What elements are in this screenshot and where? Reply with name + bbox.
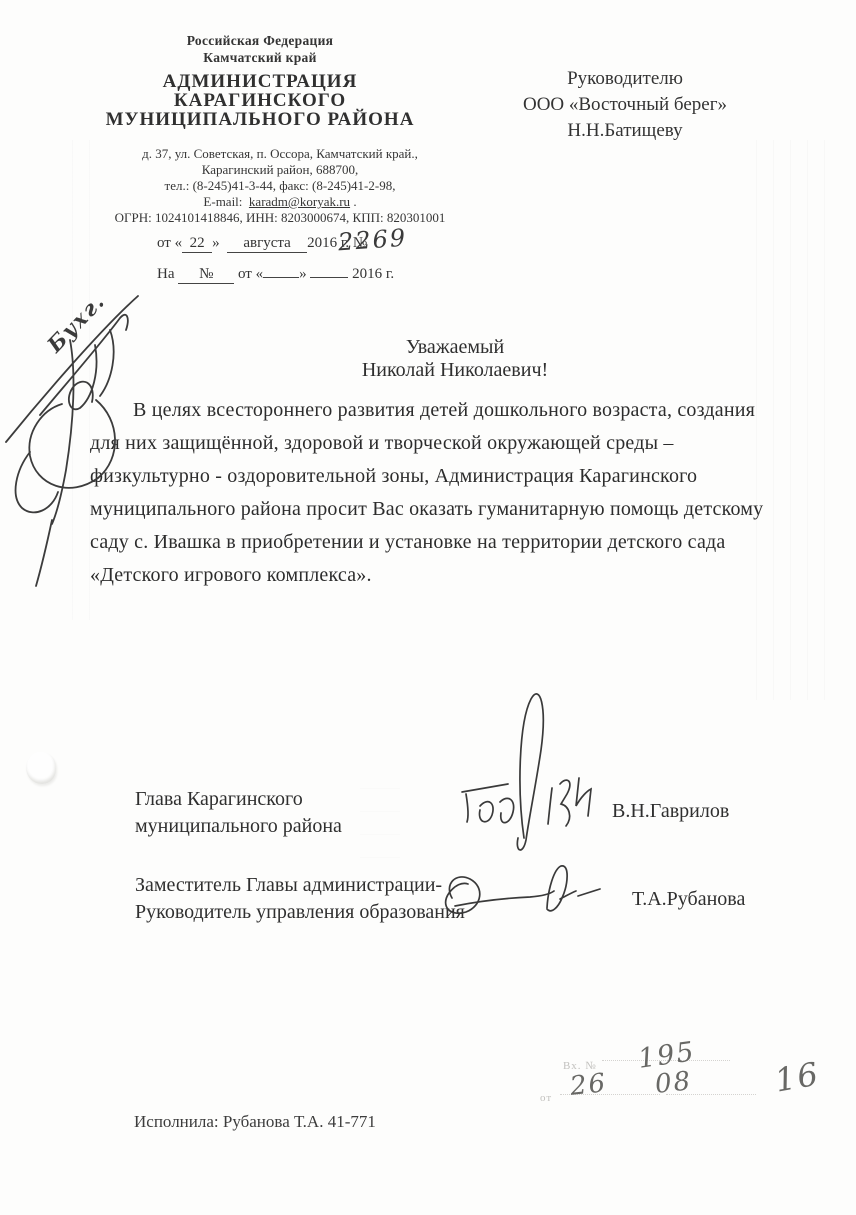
- handwritten-margin-note: Бухг.: [42, 288, 110, 357]
- date-number-line: от «22» августа2016 г. №: [157, 235, 367, 253]
- ref-quote-close: »: [299, 266, 307, 282]
- signer1-title-line1: Глава Карагинского: [135, 786, 303, 813]
- letterhead-country: Российская Федерация: [100, 33, 420, 49]
- ref-number-blank: №: [178, 266, 234, 284]
- stamp-date-day-handwritten: 26: [569, 1068, 609, 1102]
- signer2-name: Т.А.Рубанова: [632, 888, 745, 911]
- org-email-line: E-mail: karadm@koryak.ru .: [60, 194, 500, 210]
- signer1-name: В.Н.Гаврилов: [612, 800, 729, 823]
- date-from-label: от «: [157, 235, 182, 251]
- signer1-title-line2: муниципального района: [135, 813, 342, 840]
- body-line-1: В целях всестороннего развития детей дош…: [133, 399, 755, 422]
- date-month: августа: [227, 235, 307, 253]
- body-line-3: физкультурно - оздоровительной зоны, Адм…: [90, 465, 697, 488]
- executor-line: Исполнила: Рубанова Т.А. 41-771: [134, 1112, 376, 1132]
- ref-month-blank: [310, 277, 348, 278]
- stamp-date-year-handwritten: 16: [772, 1054, 823, 1099]
- date-quote-close: »: [212, 235, 220, 251]
- email-label: E-mail:: [203, 194, 242, 209]
- ref-year: 2016 г.: [352, 266, 394, 282]
- signer2-title-line1: Заместитель Главы администрации-: [135, 872, 442, 899]
- org-name-line1: АДМИНИСТРАЦИЯ: [100, 73, 420, 91]
- salutation-line1: Уважаемый: [255, 336, 655, 359]
- ref-ot-label: от «: [238, 266, 263, 282]
- org-requisites: ОГРН: 1024101418846, ИНН: 8203000674, КП…: [40, 210, 520, 226]
- org-name-line3: МУНИЦИПАЛЬНОГО РАЙОНА: [100, 111, 420, 129]
- recipient-name: Н.Н.Батищеву: [505, 118, 745, 144]
- stamp-date-month-handwritten: 08: [654, 1066, 694, 1100]
- punch-hole-mark: [26, 752, 56, 784]
- ref-na-label: На: [157, 266, 175, 282]
- ref-day-blank: [263, 277, 299, 278]
- org-address-line2: Карагинский район, 688700,: [60, 162, 500, 178]
- date-day: 22: [182, 235, 212, 253]
- org-phone-fax: тел.: (8-245)41-3-44, факс: (8-245)41-2-…: [60, 178, 500, 194]
- org-address-line1: д. 37, ул. Советская, п. Оссора, Камчатс…: [60, 146, 500, 162]
- signer1-signature: [462, 694, 591, 850]
- stamp-date-label: от: [540, 1092, 552, 1104]
- body-line-4: муниципального района просит Вас оказать…: [90, 498, 763, 521]
- email-tail: .: [350, 194, 357, 209]
- reference-line: На № от «» 2016 г.: [157, 266, 394, 284]
- body-line-6: «Детского игрового комплекса».: [90, 564, 372, 587]
- bleed-through-center: [360, 770, 400, 880]
- recipient-position: Руководителю: [505, 66, 745, 92]
- signer2-signature: [446, 866, 600, 913]
- body-line-2: для них защищённой, здоровой и творческо…: [90, 432, 674, 455]
- scanned-letter-page: Российская Федерация Камчатский край АДМ…: [0, 0, 856, 1215]
- letterhead-region: Камчатский край: [100, 50, 420, 66]
- org-name-line2: КАРАГИНСКОГО: [100, 92, 420, 110]
- signer2-title-line2: Руководитель управления образования: [135, 899, 465, 926]
- email-address: karadm@koryak.ru: [249, 194, 350, 209]
- salutation-line2: Николай Николаевич!: [255, 359, 655, 382]
- recipient-company: ООО «Восточный берег»: [495, 92, 755, 118]
- body-line-5: саду с. Ивашка в приобретении и установк…: [90, 531, 726, 554]
- outgoing-number-handwritten: 2269: [337, 224, 408, 257]
